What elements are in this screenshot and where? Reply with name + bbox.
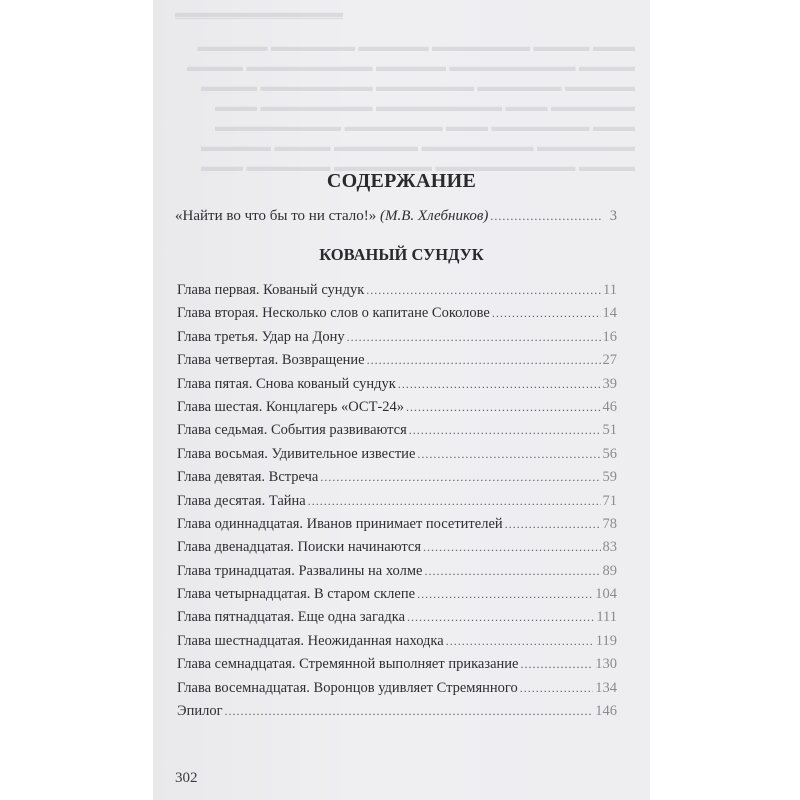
toc-chapter-entry[interactable]: Глава седьмая. События развиваются51 — [177, 422, 617, 445]
chapter-title: Глава двенадцатая. Поиски начинаются — [177, 539, 421, 556]
chapter-title: Глава третья. Удар на Дону — [177, 329, 345, 346]
toc-chapter-entry[interactable]: Глава десятая. Тайна71 — [177, 493, 617, 516]
dot-leader — [347, 330, 601, 345]
dot-leader — [398, 377, 601, 392]
chapter-page-number: 51 — [603, 422, 618, 439]
chapter-page-number: 134 — [595, 680, 617, 697]
chapter-page-number: 130 — [595, 656, 617, 673]
foreword-title: «Найти во что бы то ни стало!» — [175, 208, 376, 225]
chapter-page-number: 111 — [596, 609, 617, 626]
dot-leader — [406, 400, 600, 415]
dot-leader — [366, 283, 601, 298]
dot-leader — [417, 447, 600, 462]
chapter-title: Глава шестая. Концлагерь «ОСТ-24» — [177, 399, 404, 416]
chapter-title: Глава шестнадцатая. Неожиданная находка — [177, 633, 444, 650]
toc-chapter-entry[interactable]: Эпилог146 — [177, 703, 617, 726]
chapter-title: Глава седьмая. События развиваются — [177, 422, 407, 439]
dot-leader — [409, 423, 601, 438]
toc-chapter-entry[interactable]: Глава одиннадцатая. Иванов принимает пос… — [177, 516, 617, 539]
dot-leader — [520, 657, 593, 672]
dot-leader — [367, 353, 601, 368]
dot-leader — [446, 634, 594, 649]
show-through-text: ▬▬▬▬▬▬▬▬▬▬▬▬ ▬▬▬ ▬▬▬▬ ▬▬▬▬▬▬▬ ▬▬▬▬▬ ▬▬▬▬… — [175, 0, 635, 178]
chapter-page-number: 146 — [595, 703, 617, 720]
chapter-title: Глава четырнадцатая. В старом склепе — [177, 586, 415, 603]
dot-leader — [225, 704, 594, 719]
dot-leader — [520, 681, 594, 696]
chapter-list: Глава первая. Кованый сундук11Глава втор… — [177, 282, 617, 726]
toc-chapter-entry[interactable]: Глава шестнадцатая. Неожиданная находка1… — [177, 633, 617, 656]
chapter-page-number: 119 — [596, 633, 617, 650]
toc-chapter-entry[interactable]: Глава первая. Кованый сундук11 — [177, 282, 617, 305]
chapter-title: Глава одиннадцатая. Иванов принимает пос… — [177, 516, 503, 533]
chapter-title: Глава вторая. Несколько слов о капитане … — [177, 305, 490, 322]
toc-chapter-entry[interactable]: Глава семнадцатая. Стремянной выполняет … — [177, 656, 617, 679]
chapter-title: Глава первая. Кованый сундук — [177, 282, 364, 299]
toc-chapter-entry[interactable]: Глава восемнадцатая. Воронцов удивляет С… — [177, 680, 617, 703]
chapter-page-number: 59 — [603, 469, 618, 486]
chapter-title: Глава восьмая. Удивительное известие — [177, 446, 415, 463]
chapter-title: Глава тринадцатая. Развалины на холме — [177, 563, 422, 580]
toc-chapter-entry[interactable]: Глава пятнадцатая. Еще одна загадка111 — [177, 609, 617, 632]
chapter-page-number: 46 — [603, 399, 618, 416]
toc-chapter-entry[interactable]: Глава тринадцатая. Развалины на холме89 — [177, 563, 617, 586]
chapter-title: Глава пятнадцатая. Еще одна загадка — [177, 609, 405, 626]
foreword-page-number: 3 — [603, 208, 617, 225]
chapter-title: Глава девятая. Встреча — [177, 469, 318, 486]
foreword-author: (М.В. Хлебников) — [380, 208, 488, 225]
toc-chapter-entry[interactable]: Глава вторая. Несколько слов о капитане … — [177, 305, 617, 328]
book-page: ▬▬▬▬▬▬▬▬▬▬▬▬ ▬▬▬ ▬▬▬▬ ▬▬▬▬▬▬▬ ▬▬▬▬▬ ▬▬▬▬… — [153, 0, 650, 800]
dot-leader — [407, 610, 594, 625]
chapter-title: Глава пятая. Снова кованый сундук — [177, 376, 396, 393]
dot-leader — [320, 470, 600, 485]
chapter-page-number: 16 — [603, 329, 618, 346]
chapter-page-number: 104 — [595, 586, 617, 603]
chapter-page-number: 27 — [603, 352, 618, 369]
toc-chapter-entry[interactable]: Глава девятая. Встреча59 — [177, 469, 617, 492]
dot-leader — [417, 587, 593, 602]
toc-chapter-entry[interactable]: Глава восьмая. Удивительное известие56 — [177, 446, 617, 469]
chapter-page-number: 71 — [603, 493, 618, 510]
toc-chapter-entry[interactable]: Глава третья. Удар на Дону16 — [177, 329, 617, 352]
chapter-page-number: 11 — [603, 282, 617, 299]
dot-leader — [424, 564, 600, 579]
toc-chapter-entry[interactable]: Глава четырнадцатая. В старом склепе104 — [177, 586, 617, 609]
dot-leader — [308, 494, 601, 509]
chapter-title: Глава восемнадцатая. Воронцов удивляет С… — [177, 680, 518, 697]
page-number: 302 — [175, 770, 198, 787]
chapter-title: Глава десятая. Тайна — [177, 493, 306, 510]
toc-chapter-entry[interactable]: Глава шестая. Концлагерь «ОСТ-24»46 — [177, 399, 617, 422]
dot-leader — [490, 209, 601, 224]
chapter-page-number: 89 — [603, 563, 618, 580]
dot-leader — [492, 306, 601, 321]
chapter-page-number: 39 — [603, 376, 618, 393]
toc-chapter-entry[interactable]: Глава двенадцатая. Поиски начинаются83 — [177, 539, 617, 562]
section-heading: КОВАНЫЙ СУНДУК — [153, 245, 650, 265]
dot-leader — [505, 517, 601, 532]
chapter-title: Эпилог — [177, 703, 223, 720]
chapter-title: Глава четвертая. Возвращение — [177, 352, 365, 369]
chapter-page-number: 56 — [603, 446, 618, 463]
toc-foreword-entry[interactable]: «Найти во что бы то ни стало!» (М.В. Хле… — [175, 208, 617, 225]
toc-chapter-entry[interactable]: Глава пятая. Снова кованый сундук39 — [177, 376, 617, 399]
toc-chapter-entry[interactable]: Глава четвертая. Возвращение27 — [177, 352, 617, 375]
contents-heading: СОДЕРЖАНИЕ — [153, 170, 650, 193]
chapter-page-number: 14 — [603, 305, 618, 322]
chapter-page-number: 83 — [603, 539, 618, 556]
dot-leader — [423, 540, 601, 555]
chapter-page-number: 78 — [603, 516, 618, 533]
chapter-title: Глава семнадцатая. Стремянной выполняет … — [177, 656, 518, 673]
